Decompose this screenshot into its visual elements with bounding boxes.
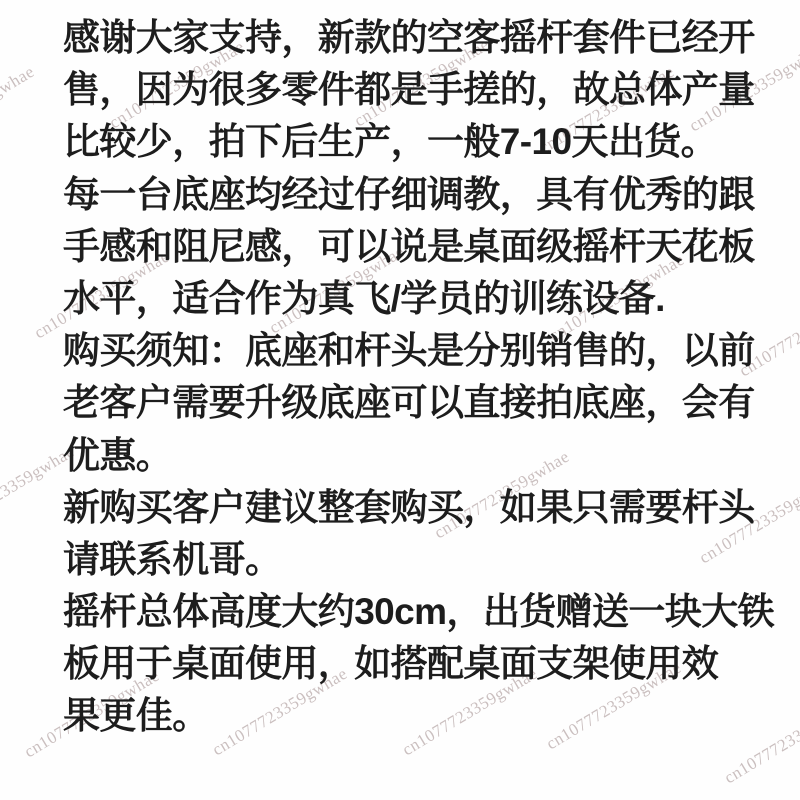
- paragraph-purchase-notice: 购买须知：底座和杆头是分别销售的，以前 老客户需要升级底座可以直接拍底座，会有 …: [63, 325, 774, 482]
- text-line: 新购买客户建议整套购买，如果只需要杆头: [63, 482, 774, 534]
- text-line: 手感和阻尼感，可以说是桌面级摇杆天花板: [63, 221, 774, 273]
- text-line: 水平，适合作为真飞/学员的训练设备.: [63, 273, 774, 325]
- text-line: 每一台底座均经过仔细调教，具有优秀的跟: [63, 169, 774, 221]
- text-line: 比较少，拍下后生产，一般7-10天出货。: [63, 116, 774, 168]
- text-line: 感谢大家支持，新款的空客摇杆套件已经开: [63, 12, 774, 64]
- text-line: 售，因为很多零件都是手搓的，故总体产量: [63, 64, 774, 116]
- watermark-text: cn1077723359gwhae: [0, 62, 38, 158]
- text-line: 优惠。: [63, 430, 774, 482]
- text-line: 摇杆总体高度大约30cm，出货赠送一块大铁: [63, 586, 774, 638]
- text-line: 购买须知：底座和杆头是分别销售的，以前: [63, 325, 774, 377]
- paragraph-availability: 感谢大家支持，新款的空客摇杆套件已经开 售，因为很多零件都是手搓的，故总体产量 …: [63, 12, 774, 169]
- description-text: 感谢大家支持，新款的空客摇杆套件已经开 售，因为很多零件都是手搓的，故总体产量 …: [63, 12, 774, 743]
- text-line: 果更佳。: [63, 690, 774, 742]
- text-line: 请联系机哥。: [63, 534, 774, 586]
- text-line: 板用于桌面使用，如搭配桌面支架使用效: [63, 638, 774, 690]
- paragraph-new-customers: 新购买客户建议整套购买，如果只需要杆头 请联系机哥。: [63, 482, 774, 586]
- paragraph-quality: 每一台底座均经过仔细调教，具有优秀的跟 手感和阻尼感，可以说是桌面级摇杆天花板 …: [63, 169, 774, 326]
- product-description-image: cn1077723359gwhae cn1077723359gwhae cn10…: [0, 0, 800, 800]
- text-line: 老客户需要升级底座可以直接拍底座，会有: [63, 377, 774, 429]
- paragraph-dimensions: 摇杆总体高度大约30cm，出货赠送一块大铁 板用于桌面使用，如搭配桌面支架使用效…: [63, 586, 774, 743]
